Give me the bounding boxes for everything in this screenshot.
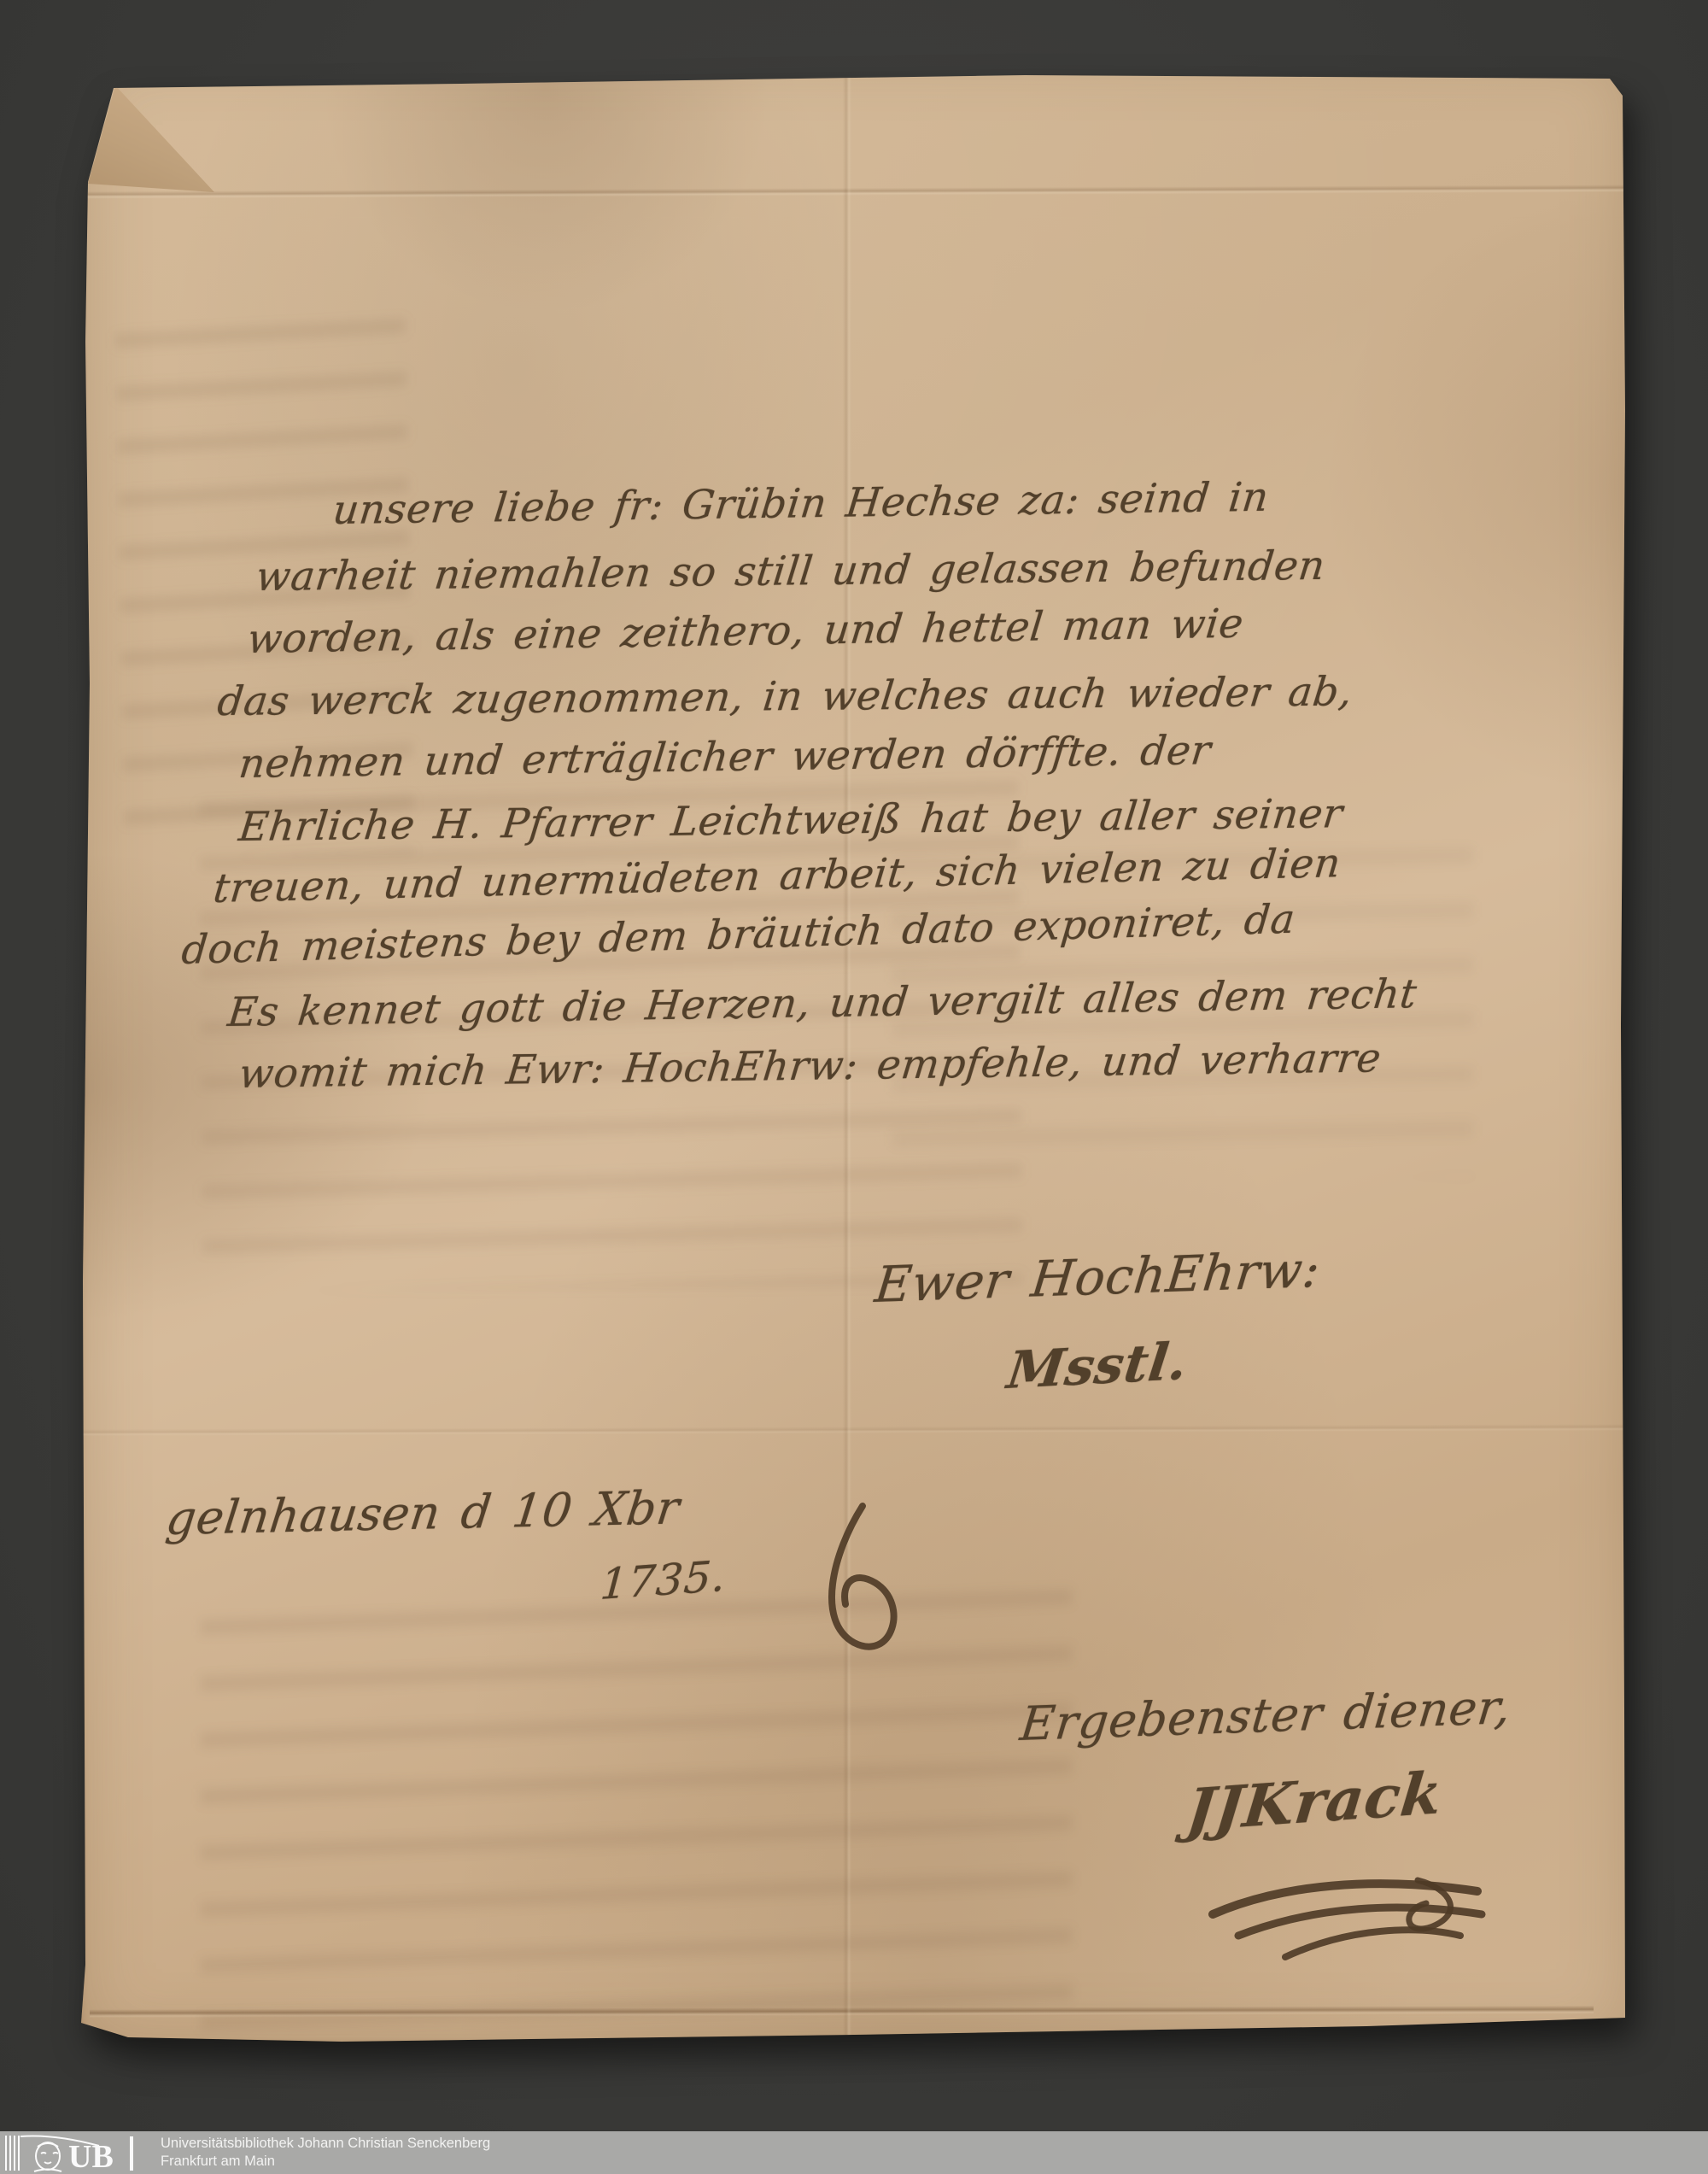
manuscript-line: warheit niemahlen so still und gelassen … bbox=[254, 542, 1328, 601]
manuscript-line: Es kennet gott die Herzen, und vergilt a… bbox=[225, 970, 1419, 1036]
manuscript-line: womit mich Ewr: HochEhrw: empfehle, und … bbox=[237, 1034, 1383, 1098]
signature-flourish bbox=[1204, 1867, 1494, 1961]
fold-crease-top bbox=[81, 185, 1631, 199]
fold-crease-bottom bbox=[90, 2006, 1594, 2019]
manuscript-line: unsere liebe fr: Grübin Hechse za: seind… bbox=[330, 474, 1271, 534]
library-city: Frankfurt am Main bbox=[161, 2153, 490, 2171]
manuscript-line: nehmen und erträglicher werden dörffte. … bbox=[237, 727, 1214, 788]
library-attribution: Universitätsbibliothek Johann Christian … bbox=[161, 2135, 490, 2171]
library-banner: UB Universitätsbibliothek Johann Christi… bbox=[0, 2131, 1708, 2174]
manuscript-scan: unsere liebe fr: Grübin Hechse za: seind… bbox=[0, 0, 1708, 2174]
page-background: { "page": { "background_color": "#3a3a38… bbox=[0, 0, 1708, 2174]
manuscript-line: Ehrliche H. Pfarrer Leichtweiß hat bey a… bbox=[237, 790, 1345, 851]
valediction-line: Ewer HochEhrw: bbox=[872, 1240, 1323, 1314]
manuscript-line: worden, als eine zeithero, und hettel ma… bbox=[245, 601, 1246, 663]
letter-paper: unsere liebe fr: Grübin Hechse za: seind… bbox=[81, 50, 1631, 2044]
dateline-year: 1735. bbox=[599, 1551, 728, 1609]
closing-line: Ergebenster diener, bbox=[1018, 1679, 1514, 1751]
fold-crease-middle bbox=[81, 1424, 1631, 1436]
ub-library-logo-icon: UB bbox=[3, 2133, 149, 2172]
pen-flourish bbox=[781, 1502, 927, 1664]
library-name: Universitätsbibliothek Johann Christian … bbox=[161, 2135, 490, 2153]
dateline-place-date: gelnhausen d 10 Xbr bbox=[163, 1480, 682, 1545]
signature: JJKrack bbox=[1184, 1759, 1446, 1844]
ub-logo-text: UB bbox=[68, 2139, 114, 2172]
valediction-flourish-line: Msstl. bbox=[1004, 1332, 1191, 1401]
paper-dogear-fold bbox=[88, 85, 216, 195]
manuscript-line: das werck zugenommen, in welches auch wi… bbox=[215, 668, 1355, 725]
ink-bleedthrough bbox=[201, 1579, 1072, 2040]
